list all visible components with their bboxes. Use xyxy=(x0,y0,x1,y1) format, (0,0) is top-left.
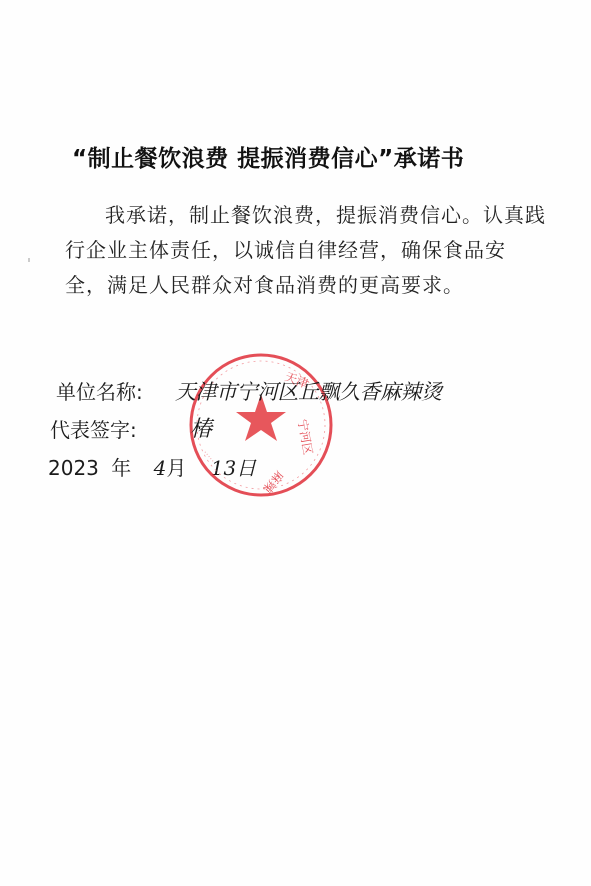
body-line-3: 全，满足人民群众对食品消费的更高要求。 xyxy=(65,268,565,303)
representative-signature: 椿 xyxy=(190,412,212,443)
scan-speck xyxy=(28,258,30,262)
svg-text:宁河区: 宁河区 xyxy=(295,418,315,456)
body-line-2: 行企业主体责任，以诚信自律经营，确保食品安 xyxy=(65,233,565,268)
pledge-body: 我承诺，制止餐饮浪费，提振消费信心。认真践 行企业主体责任，以诚信自律经营，确保… xyxy=(65,198,565,303)
svg-text:·····: ····· xyxy=(201,447,218,464)
unit-name-handwritten: 天津市宁河区丘飘久香麻辣烫 xyxy=(175,376,442,406)
date-month-unit: 月 xyxy=(166,456,186,480)
unit-name-row: 单位名称: xyxy=(56,376,143,405)
document-page: “制止餐饮浪费 提振消费信心”承诺书 我承诺，制止餐饮浪费，提振消费信心。认真践… xyxy=(0,0,591,886)
date-year: 2023 xyxy=(48,456,99,480)
representative-label: 代表签字: xyxy=(50,418,137,442)
representative-row: 代表签字: xyxy=(50,414,137,443)
document-title: “制止餐饮浪费 提振消费信心”承诺书 xyxy=(72,140,552,173)
date-month: 4 xyxy=(154,456,167,480)
body-line-1: 我承诺，制止餐饮浪费，提振消费信心。认真践 xyxy=(65,198,565,233)
date-year-unit: 年 xyxy=(111,456,131,480)
unit-name-label: 单位名称: xyxy=(56,380,143,404)
